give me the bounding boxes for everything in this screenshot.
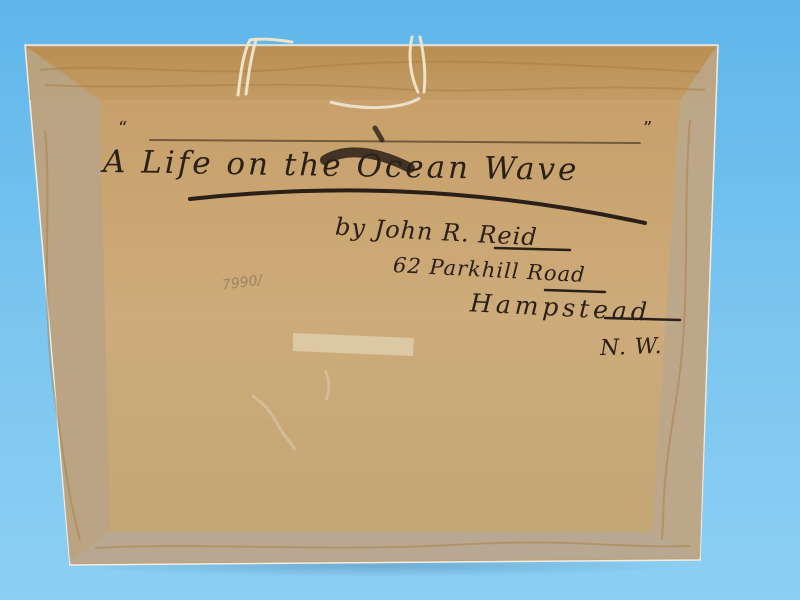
inscription-address-postal: N. W.: [600, 334, 663, 361]
close-quote: ”: [643, 118, 652, 139]
board-drawing: [0, 0, 800, 600]
picture-back: “ ” A Life on the Ocean Wave by John R. …: [0, 0, 800, 600]
open-quote: “: [118, 118, 127, 139]
